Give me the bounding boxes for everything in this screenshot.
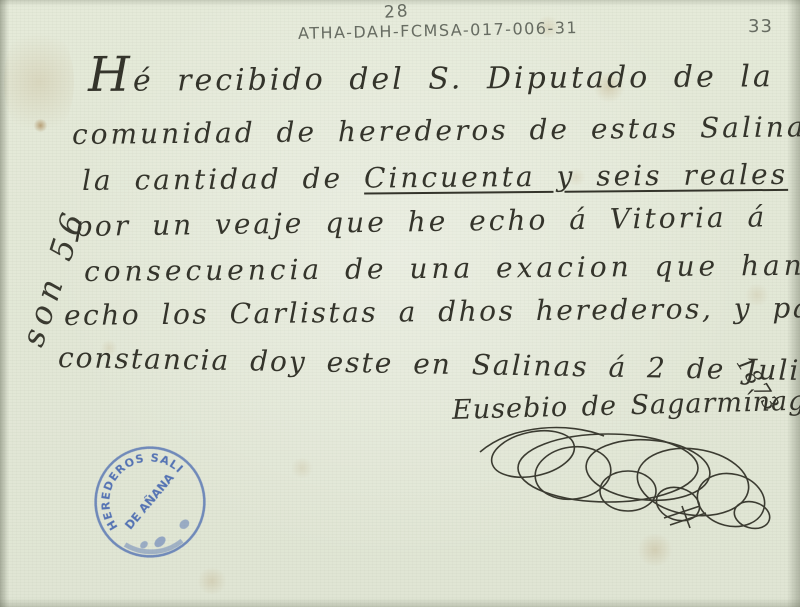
- archive-page-number: 28: [383, 1, 410, 23]
- stamp-center-text: DE AÑANA: [121, 469, 177, 532]
- manuscript-line-3: la cantidad de Cincuenta y seis reales: [82, 158, 788, 197]
- signature-rubric-flourish: [478, 418, 780, 540]
- stamp-ink-smudge: [152, 534, 167, 549]
- folio-number: 33: [748, 16, 773, 37]
- line3-prefix: la cantidad de: [82, 162, 364, 197]
- manuscript-line-2: comunidad de herederos de estas Salinas: [72, 110, 800, 151]
- manuscript-line-6: echo los Carlistas a dhos herederos, y p…: [64, 291, 800, 332]
- manuscript-line-5: consecuencia de una exacion que han: [84, 249, 800, 288]
- manuscript-line-1: Hé recibido del S. Diputado de la: [88, 55, 774, 99]
- manuscript-page: 28 ATHA-DAH-FCMSA-017-006-31 33 son 56 H…: [0, 0, 800, 607]
- foxing-stain: [33, 119, 48, 132]
- manuscript-line-4: por un veaje que he echo á Vitoria á: [74, 200, 768, 243]
- line3-amount-underlined: Cincuenta y seis reales: [364, 158, 788, 195]
- archive-reference-code: ATHA-DAH-FCMSA-017-006-31: [298, 18, 578, 43]
- stamp-ink-smudge: [178, 517, 192, 530]
- foxing-stain: [290, 458, 314, 478]
- manuscript-line-7: constancia doy este en Salinas á 2 de Ju…: [58, 341, 800, 387]
- page-edge-shadow-bottom: [0, 598, 800, 607]
- foxing-stain: [4, 22, 74, 142]
- heirs-community-stamp: HEREDEROS SALINAS DE AÑANA: [60, 412, 241, 593]
- foxing-stain: [196, 568, 228, 594]
- page-edge-shadow-left: [0, 0, 9, 607]
